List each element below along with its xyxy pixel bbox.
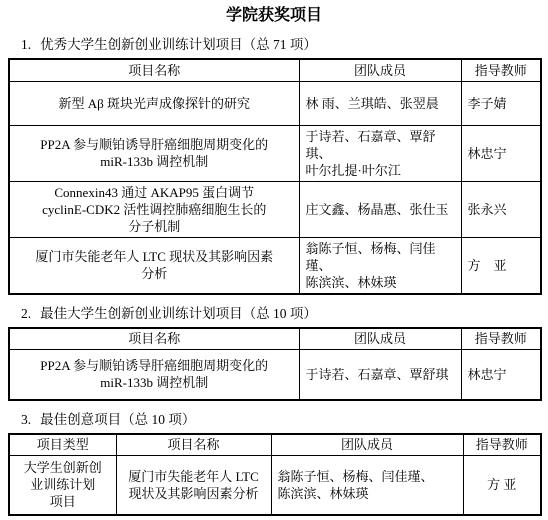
column-header-advisor: 指导教师 <box>463 434 541 456</box>
section-title: 最佳创意项目（总 10 项） <box>40 412 195 427</box>
table-row: Connexin43 通过 AKAP95 蛋白调节 cyclinE-CDK2 活… <box>9 181 541 237</box>
column-header-team-members: 团队成员 <box>271 434 463 456</box>
cell-advisor: 方 亚 <box>461 237 541 294</box>
table-row: 厦门市失能老年人 LTC 现状及其影响因素 分析 翁陈子恒、杨梅、闫佳瑾、 陈滨… <box>9 237 541 294</box>
cell-project-type: 大学生创新创 业训练计划 项目 <box>9 456 116 515</box>
cell-project-name: Connexin43 通过 AKAP95 蛋白调节 cyclinE-CDK2 活… <box>9 181 299 237</box>
column-header-team-members: 团队成员 <box>299 59 461 81</box>
column-header-advisor: 指导教师 <box>461 59 541 81</box>
column-header-project-name: 项目名称 <box>116 434 271 456</box>
table-header-row: 项目名称 团队成员 指导教师 <box>9 328 541 350</box>
cell-project-name: PP2A 参与顺铂诱导肝癌细胞周期变化的 miR-133b 调控机制 <box>9 125 299 181</box>
column-header-project-name: 项目名称 <box>9 328 299 350</box>
awards-table-2: 项目名称 团队成员 指导教师 PP2A 参与顺铂诱导肝癌细胞周期变化的 miR-… <box>8 327 542 401</box>
column-header-team-members: 团队成员 <box>299 328 461 350</box>
section-heading-3: 3.最佳创意项目（总 10 项） <box>21 412 548 428</box>
cell-team-members: 庄文鑫、杨晶惠、张仕玉 <box>299 181 461 237</box>
table-header-row: 项目类型 项目名称 团队成员 指导教师 <box>9 434 541 456</box>
cell-team-members: 翁陈子恒、杨梅、闫佳瑾、 陈滨滨、林妹瑛 <box>271 456 463 515</box>
table-header-row: 项目名称 团队成员 指导教师 <box>9 59 541 81</box>
cell-team-members: 林 雨、兰琪皓、张翌晨 <box>299 81 461 125</box>
column-header-project-type: 项目类型 <box>9 434 116 456</box>
cell-advisor: 林忠宁 <box>461 125 541 181</box>
awards-table-3: 项目类型 项目名称 团队成员 指导教师 大学生创新创 业训练计划 项目 厦门市失… <box>8 433 542 516</box>
section-title: 优秀大学生创新创业训练计划项目（总 71 项） <box>40 37 317 52</box>
section-number: 2. <box>21 306 31 321</box>
table-row: 新型 Aβ 斑块光声成像探针的研究 林 雨、兰琪皓、张翌晨 李子婧 <box>9 81 541 125</box>
section-number: 3. <box>21 412 31 427</box>
section-heading-1: 1.优秀大学生创新创业训练计划项目（总 71 项） <box>21 37 548 53</box>
cell-advisor: 方 亚 <box>463 456 541 515</box>
cell-advisor: 林忠宁 <box>461 350 541 400</box>
table-row: 大学生创新创 业训练计划 项目 厦门市失能老年人 LTC 现状及其影响因素分析 … <box>9 456 541 515</box>
cell-team-members: 于诗若、石嘉章、覃舒琪 <box>299 350 461 400</box>
cell-project-name: PP2A 参与顺铂诱导肝癌细胞周期变化的 miR-133b 调控机制 <box>9 350 299 400</box>
cell-project-name: 新型 Aβ 斑块光声成像探针的研究 <box>9 81 299 125</box>
cell-team-members: 翁陈子恒、杨梅、闫佳瑾、 陈滨滨、林妹瑛 <box>299 237 461 294</box>
column-header-project-name: 项目名称 <box>9 59 299 81</box>
cell-advisor: 张永兴 <box>461 181 541 237</box>
section-number: 1. <box>21 37 31 52</box>
awards-table-1: 项目名称 团队成员 指导教师 新型 Aβ 斑块光声成像探针的研究 林 雨、兰琪皓… <box>8 58 542 295</box>
cell-team-members: 于诗若、石嘉章、覃舒琪、 叶尔扎提·叶尔江 <box>299 125 461 181</box>
table-row: PP2A 参与顺铂诱导肝癌细胞周期变化的 miR-133b 调控机制 于诗若、石… <box>9 125 541 181</box>
cell-project-name: 厦门市失能老年人 LTC 现状及其影响因素 分析 <box>9 237 299 294</box>
section-heading-2: 2.最佳大学生创新创业训练计划项目（总 10 项） <box>21 306 548 322</box>
column-header-advisor: 指导教师 <box>461 328 541 350</box>
cell-project-name: 厦门市失能老年人 LTC 现状及其影响因素分析 <box>116 456 271 515</box>
document-page: 学院获奖项目 1.优秀大学生创新创业训练计划项目（总 71 项） 项目名称 团队… <box>0 6 548 520</box>
table-row: PP2A 参与顺铂诱导肝癌细胞周期变化的 miR-133b 调控机制 于诗若、石… <box>9 350 541 400</box>
section-title: 最佳大学生创新创业训练计划项目（总 10 项） <box>40 306 317 321</box>
page-title: 学院获奖项目 <box>0 6 548 26</box>
cell-advisor: 李子婧 <box>461 81 541 125</box>
